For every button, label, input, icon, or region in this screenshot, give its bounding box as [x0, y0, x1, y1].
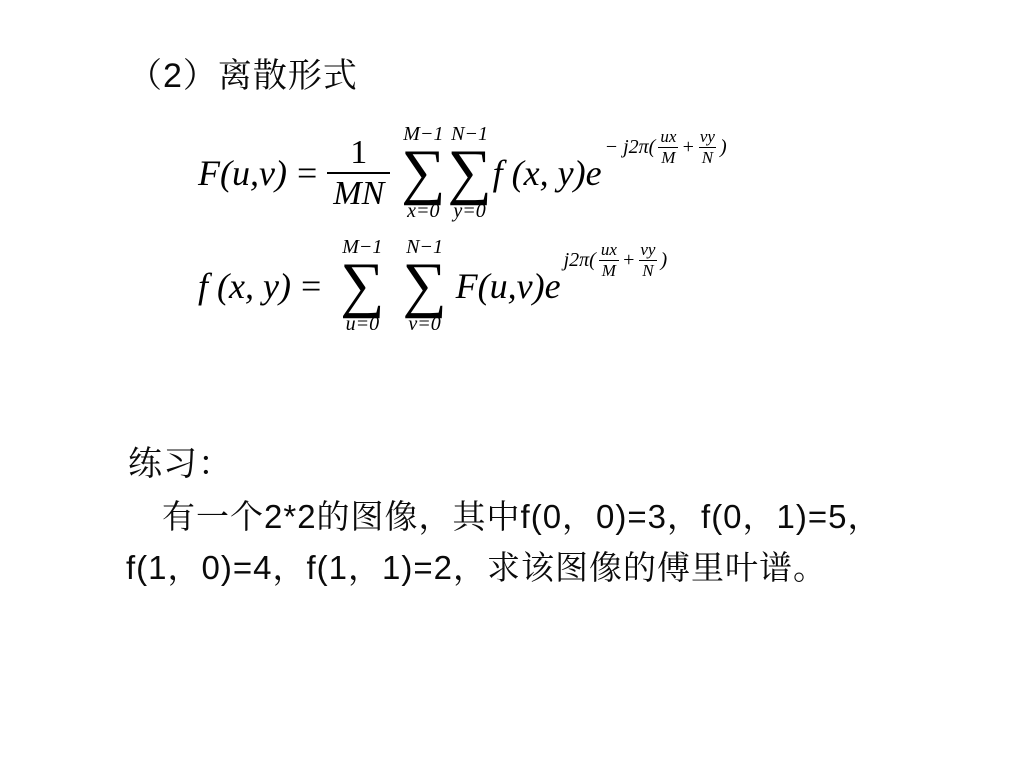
exponent-suffix: ) [720, 136, 727, 159]
coefficient-fraction: 1 MN [327, 133, 390, 213]
sum-over-u: M−1 ∑ u=0 [340, 236, 384, 336]
exponent-prefix: − j2π( [605, 136, 656, 159]
formula-forward-dft: F(u,v) = 1 MN M−1 ∑ x=0 N−1 ∑ y=0 f (x, … [198, 118, 727, 228]
sum-over-x: M−1 ∑ x=0 [401, 123, 445, 223]
forward-lhs: F(u,v) [198, 155, 287, 191]
exponent-plus: + [622, 249, 636, 272]
sum-over-v: N−1 ∑ v=0 [402, 236, 446, 336]
exponent-suffix: ) [660, 249, 667, 272]
exponent-plus: + [681, 136, 695, 159]
fraction-numerator: 1 [338, 133, 379, 172]
exponent-fraction-ux-M: ux M [598, 240, 620, 280]
formula-inverse-dft: f (x, y) = M−1 ∑ u=0 N−1 ∑ v=0 F(u,v)e j… [198, 236, 667, 336]
exercise-label: 练习： [128, 436, 233, 485]
sum-over-y: N−1 ∑ y=0 [447, 123, 491, 223]
exercise-line-2: f(1，0)=4，f(1，1)=2，求该图像的傅里叶谱。 [126, 542, 827, 589]
exponent-fraction-vy-N: vy N [697, 127, 718, 167]
exponent-fraction-ux-M: ux M [657, 127, 679, 167]
exponent-prefix: j2π( [564, 249, 596, 272]
sigma-icon: ∑ [401, 146, 445, 200]
slide-title: （2）离散形式 [128, 48, 358, 97]
sigma-icon: ∑ [340, 259, 384, 313]
inverse-body: F(u,v)e [456, 268, 561, 304]
equals-sign: = [297, 152, 317, 194]
slide: （2）离散形式 F(u,v) = 1 MN M−1 ∑ x=0 N−1 ∑ y=… [0, 0, 1024, 768]
sum-lower-limit: x=0 [407, 200, 439, 223]
equals-sign: = [301, 265, 321, 307]
sum-lower-limit: v=0 [408, 313, 440, 336]
sum-lower-limit: y=0 [453, 200, 485, 223]
exponent-fraction-vy-N: vy N [637, 240, 658, 280]
forward-body: f (x, y)e [493, 155, 602, 191]
fraction-denominator: MN [327, 172, 390, 213]
inverse-exponent: j2π( ux M + vy N ) [564, 240, 668, 280]
exercise-line-1: 有一个2*2的图像，其中f(0，0)=3，f(0，1)=5， [162, 491, 882, 538]
forward-exponent: − j2π( ux M + vy N ) [605, 127, 727, 167]
sum-lower-limit: u=0 [346, 313, 380, 336]
sigma-icon: ∑ [447, 146, 491, 200]
sigma-icon: ∑ [402, 259, 446, 313]
inverse-lhs: f (x, y) [198, 268, 291, 304]
